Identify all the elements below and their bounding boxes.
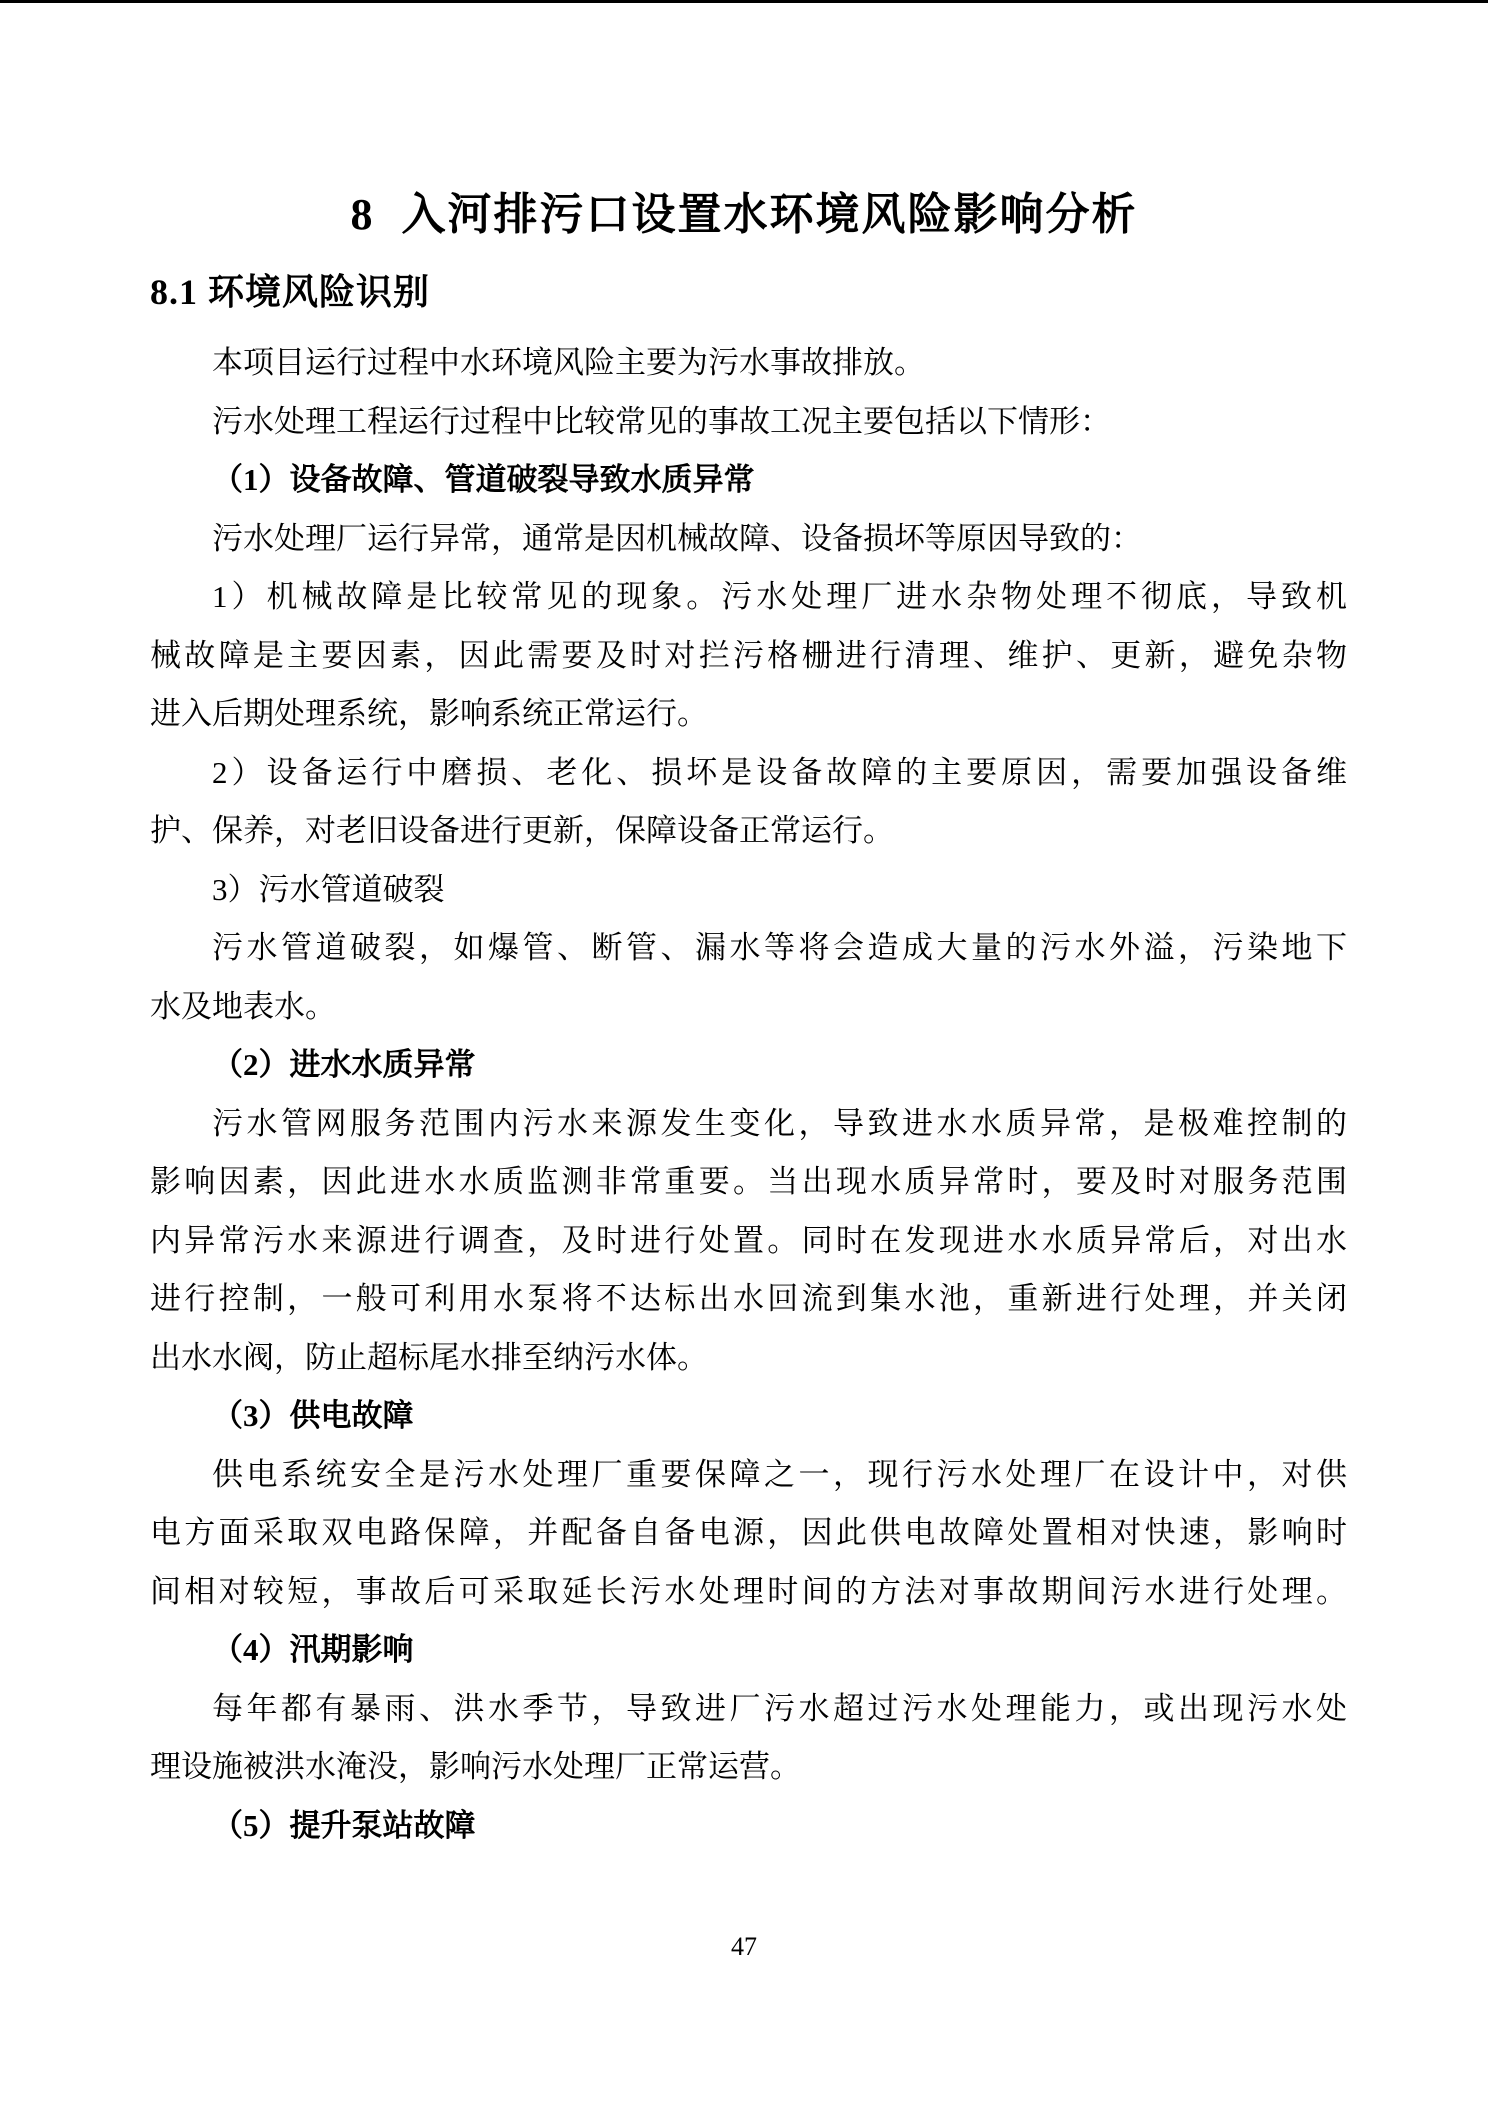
paragraph-heading: （4）汛期影响 — [150, 1621, 1347, 1680]
text-line: 3）污水管道破裂 — [150, 861, 1347, 920]
text-line: 出水水阀，防止超标尾水排至纳污水体。 — [150, 1329, 1347, 1388]
document-page: 8 入河排污口设置水环境风险影响分析 8.1 环境风险识别 本项目运行过程中水环… — [0, 0, 1488, 2104]
text-line: 进行控制，一般可利用水泵将不达标出水回流到集水池，重新进行处理，并关闭 — [150, 1270, 1347, 1329]
text-line: 电方面采取双电路保障，并配备自备电源，因此供电故障处置相对快速，影响时 — [150, 1504, 1347, 1563]
text-line: 每年都有暴雨、洪水季节，导致进厂污水超过污水处理能力，或出现污水处 — [150, 1680, 1347, 1739]
paragraph-heading: （5）提升泵站故障 — [150, 1797, 1347, 1856]
section-heading: 8.1 环境风险识别 — [150, 268, 430, 316]
chapter-title: 8 入河排污口设置水环境风险影响分析 — [0, 188, 1488, 242]
text-line: 内异常污水来源进行调查，及时进行处置。同时在发现进水水质异常后，对出水 — [150, 1212, 1347, 1271]
text-line: 进入后期处理系统，影响系统正常运行。 — [150, 685, 1347, 744]
text-line: 影响因素，因此进水水质监测非常重要。当出现水质异常时，要及时对服务范围 — [150, 1153, 1347, 1212]
paragraph-heading: （3）供电故障 — [150, 1387, 1347, 1446]
text-line: 械故障是主要因素，因此需要及时对拦污格栅进行清理、维护、更新，避免杂物 — [150, 627, 1347, 686]
page-top-border — [0, 0, 1488, 3]
text-line: 护、保养，对老旧设备进行更新，保障设备正常运行。 — [150, 802, 1347, 861]
text-line: 污水处理工程运行过程中比较常见的事故工况主要包括以下情形： — [150, 393, 1347, 452]
paragraph-heading: （1）设备故障、管道破裂导致水质异常 — [150, 451, 1347, 510]
text-line: 间相对较短，事故后可采取延长污水处理时间的方法对事故期间污水进行处理。 — [150, 1563, 1347, 1622]
page-number: 47 — [0, 1931, 1488, 1963]
text-line: 污水管道破裂，如爆管、断管、漏水等将会造成大量的污水外溢，污染地下 — [150, 919, 1347, 978]
text-line: 污水管网服务范围内污水来源发生变化，导致进水水质异常，是极难控制的 — [150, 1095, 1347, 1154]
text-line: 污水处理厂运行异常，通常是因机械故障、设备损坏等原因导致的： — [150, 510, 1347, 569]
text-line: 理设施被洪水淹没，影响污水处理厂正常运营。 — [150, 1738, 1347, 1797]
text-line: 水及地表水。 — [150, 978, 1347, 1037]
paragraph-heading: （2）进水水质异常 — [150, 1036, 1347, 1095]
text-line: 1）机械故障是比较常见的现象。污水处理厂进水杂物处理不彻底，导致机 — [150, 568, 1347, 627]
text-line: 2）设备运行中磨损、老化、损坏是设备故障的主要原因，需要加强设备维 — [150, 744, 1347, 803]
document-body: 本项目运行过程中水环境风险主要为污水事故排放。污水处理工程运行过程中比较常见的事… — [150, 334, 1347, 1855]
text-line: 供电系统安全是污水处理厂重要保障之一，现行污水处理厂在设计中，对供 — [150, 1446, 1347, 1505]
text-line: 本项目运行过程中水环境风险主要为污水事故排放。 — [150, 334, 1347, 393]
